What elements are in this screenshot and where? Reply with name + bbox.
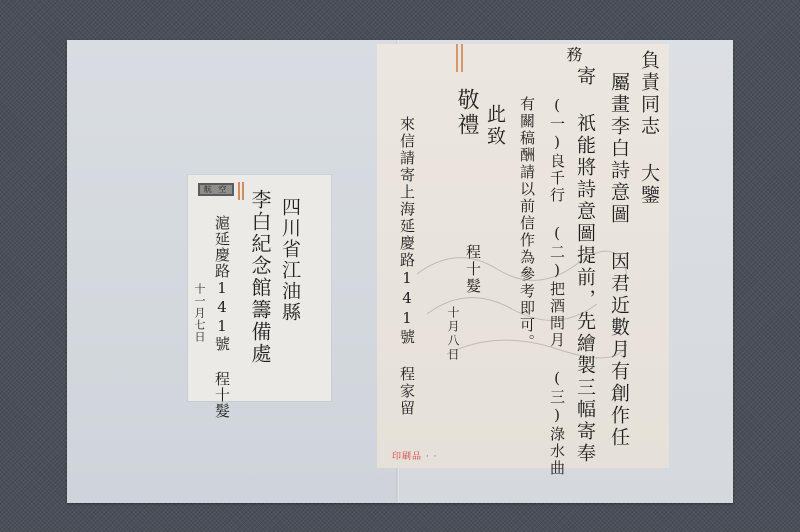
letter-salutation: 負責同志 大鑒 xyxy=(639,50,658,207)
letter-line: (一)良千行 (二)把酒問月 (三)淥水曲 xyxy=(549,96,564,477)
letter-signature: 程十髮 xyxy=(465,244,480,295)
letter-line: 務 xyxy=(565,46,581,65)
envelope-sender-line: 滬延慶路141號 程十髮 xyxy=(214,215,229,419)
letter-line: 屬畫李白詩意圖 因君近數月有創作任 xyxy=(609,72,628,449)
letter-return-address: 來信請寄上海延慶路141號 程家留 xyxy=(399,116,414,417)
sender-address: 滬延慶路141號 xyxy=(213,215,231,352)
envelope-date: 十一月七日 xyxy=(194,283,205,343)
envelope: 航 空 四川省江油縣 李白紀念館籌備處 滬延慶路141號 程十髮 十一月七日 xyxy=(188,175,331,401)
stain-mark xyxy=(453,44,465,72)
envelope-address-line: 四川省江油縣 xyxy=(280,197,299,323)
album-left-page: 航 空 四川省江油縣 李白紀念館籌備處 滬延慶路141號 程十髮 十一月七日 xyxy=(67,40,398,503)
sender-name: 程十髮 xyxy=(213,371,231,419)
airmail-label: 航 空 xyxy=(198,183,234,196)
letter-date: 十月八日 xyxy=(447,306,459,362)
letter-line: 寄 祇能將詩意圖提前，先繪製三幅寄奉 xyxy=(575,66,594,465)
letter-closing: 此致 xyxy=(485,104,504,148)
letter-line: 有關稿酬請以前信作為參考即可。 xyxy=(519,96,534,351)
letter-regards: 敬禮 xyxy=(455,88,477,138)
stain-mark xyxy=(238,182,246,200)
envelope-recipient-line: 李白紀念館籌備處 xyxy=(250,189,270,365)
red-stamp: 印刷品 · · xyxy=(392,449,437,462)
letter-sheet: 負責同志 大鑒 屬畫李白詩意圖 因君近數月有創作任 寄 祇能將詩意圖提前，先繪製… xyxy=(377,44,669,468)
